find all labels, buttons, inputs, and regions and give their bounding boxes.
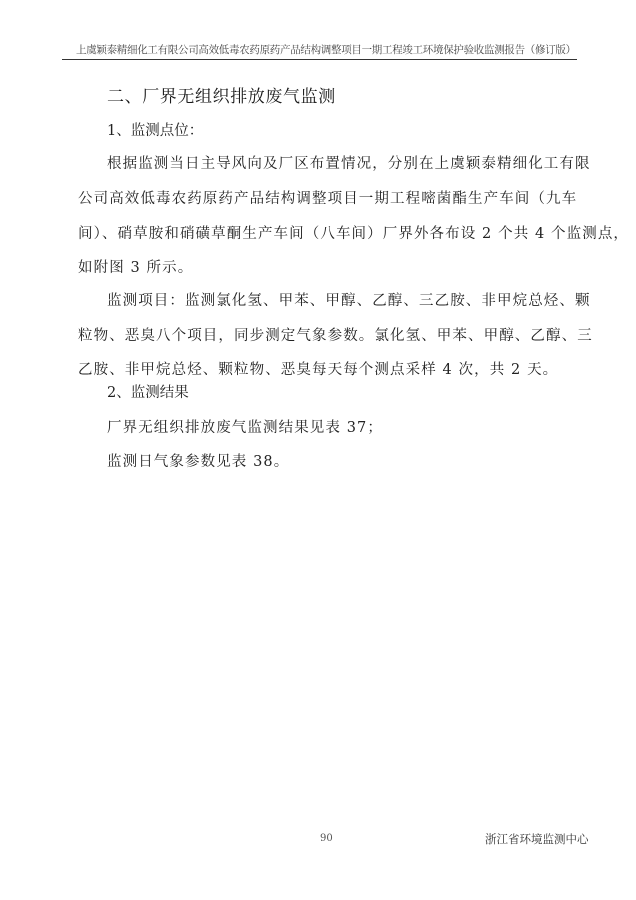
subsection-heading-monitoring-results: 2、监测结果 xyxy=(107,383,189,403)
paragraph-line: 监测项目：监测氯化氢、甲苯、甲醇、乙醇、三乙胺、非甲烷总烃、颗 xyxy=(107,291,591,311)
page-header: 上虞颖泰精细化工有限公司高效低毒农药原药产品结构调整项目一期工程竣工环境保护验收… xyxy=(62,43,577,60)
paragraph-line: 公司高效低毒农药原药产品结构调整项目一期工程嘧菌酯生产车间（九车 xyxy=(78,189,577,209)
subsection-heading-monitoring-points: 1、监测点位： xyxy=(107,121,203,141)
page-number: 90 xyxy=(320,833,333,844)
footer-organization: 浙江省环境监测中心 xyxy=(485,831,589,847)
paragraph-line: 监测日气象参数见表 38。 xyxy=(107,452,289,472)
paragraph-line: 厂界无组织排放废气监测结果见表 37； xyxy=(107,418,383,438)
paragraph-line: 间）、硝草胺和硝磺草酮生产车间（八车间）厂界外各布设 2 个共 4 个监测点， xyxy=(78,224,629,244)
paragraph-line: 乙胺、非甲烷总烃、颗粒物、恶臭每天每个测点采样 4 次，共 2 天。 xyxy=(78,360,558,380)
paragraph-line: 如附图 3 所示。 xyxy=(78,258,193,278)
section-title: 二、厂界无组织排放废气监测 xyxy=(107,86,336,108)
paragraph-line: 根据监测当日主导风向及厂区布置情况，分别在上虞颖泰精细化工有限 xyxy=(107,154,591,174)
running-title: 上虞颖泰精细化工有限公司高效低毒农药原药产品结构调整项目一期工程竣工环境保护验收… xyxy=(76,44,576,57)
paragraph-line: 粒物、恶臭八个项目，同步测定气象参数。氯化氢、甲苯、甲醇、乙醇、三 xyxy=(78,326,593,346)
